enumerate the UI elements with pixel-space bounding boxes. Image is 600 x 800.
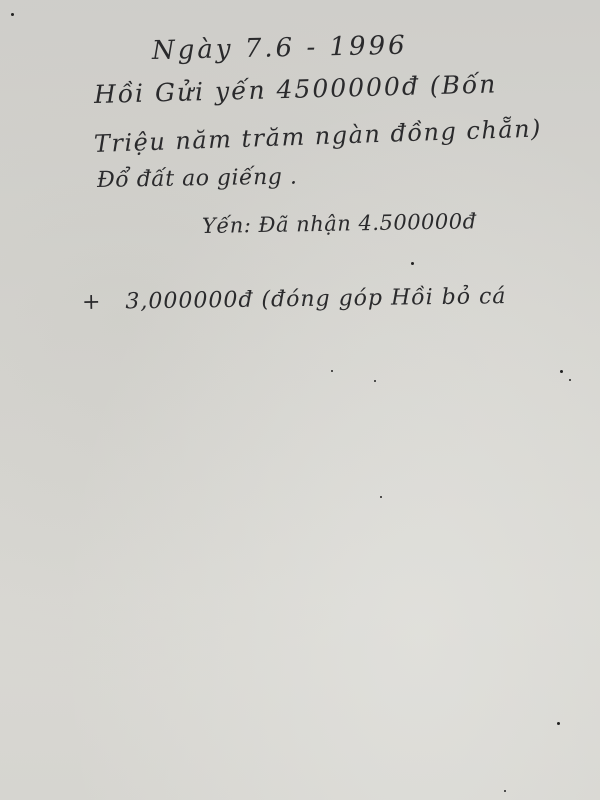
receipt-signature-line: Yến: Đã nhận 4.500000đ	[202, 209, 477, 238]
plus-symbol: +	[82, 290, 102, 315]
paper-speck	[374, 380, 376, 382]
note-line-1: Hồi Gửi yến 4500000đ (Bốn	[94, 69, 498, 109]
paper-sheet: Ngày 7.6 - 1996 Hồi Gửi yến 4500000đ (Bố…	[0, 0, 600, 800]
paper-speck	[560, 370, 563, 373]
addition-text: 3,000000đ (đóng góp Hồi bỏ cá	[125, 284, 506, 314]
paper-speck	[557, 722, 560, 725]
paper-speck	[569, 379, 571, 381]
note-line-2: Triệu năm trăm ngàn đồng chẵn)	[94, 114, 543, 158]
paper-speck	[380, 496, 382, 498]
addition-line: +3,000000đ (đóng góp Hồi bỏ cá	[82, 284, 507, 315]
paper-speck	[411, 262, 414, 265]
note-line-3: Đổ đất ao giếng .	[97, 165, 298, 193]
paper-speck	[504, 790, 506, 792]
paper-speck	[11, 13, 14, 16]
paper-speck	[331, 370, 333, 372]
date-line: Ngày 7.6 - 1996	[152, 31, 408, 66]
